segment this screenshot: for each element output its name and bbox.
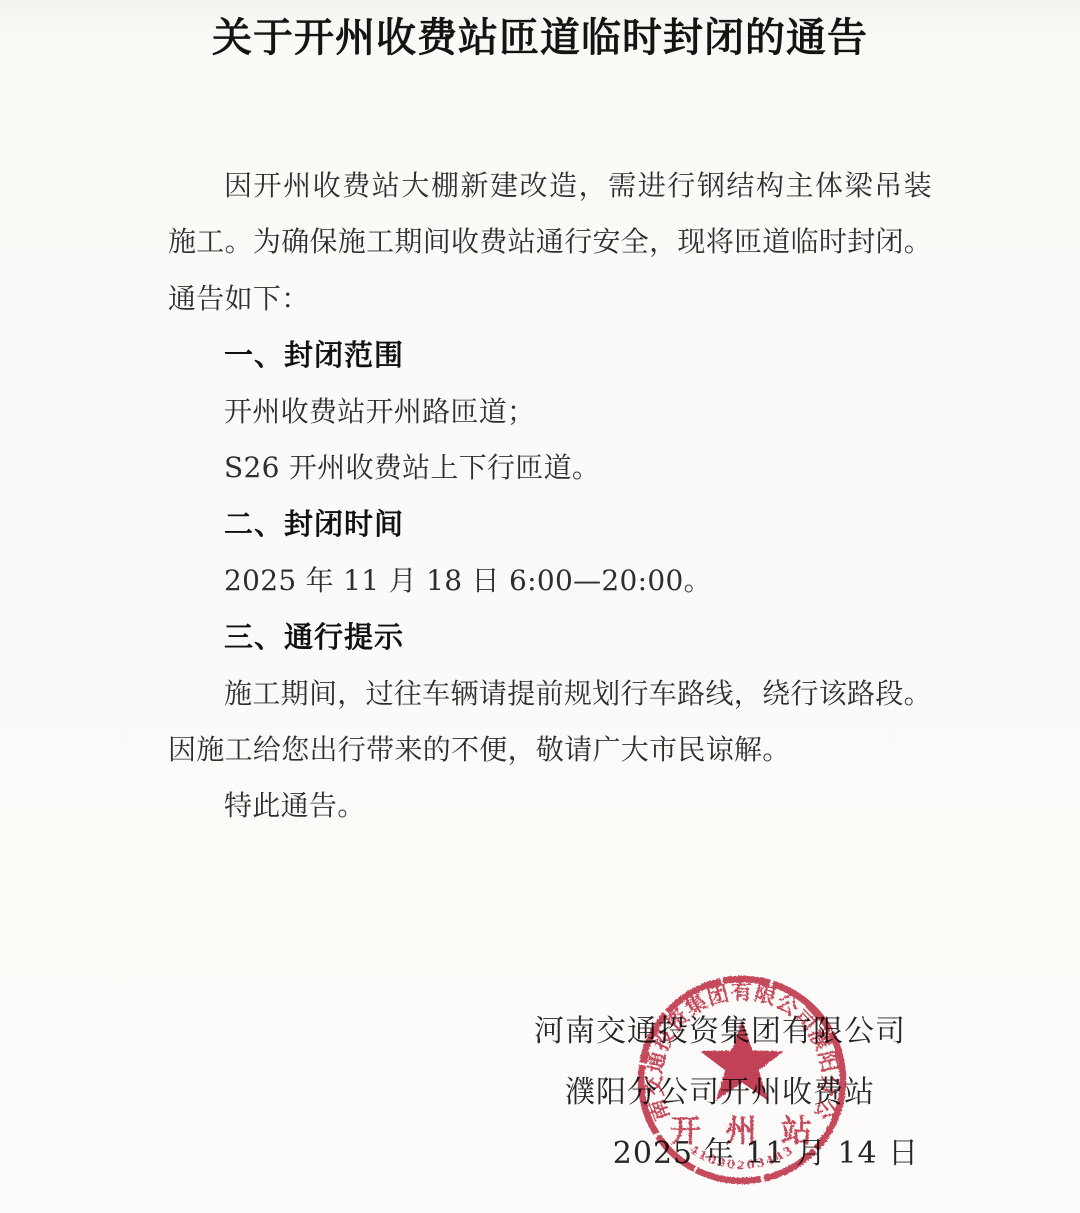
closure-time-item: 2025 年 11 月 18 日 6:00—20:00。	[168, 553, 932, 609]
closure-scope-item-1: 开州收费站开州路匝道；	[168, 384, 932, 440]
closure-scope-item-2: S26 开州收费站上下行匝道。	[168, 440, 932, 496]
traffic-tips-line-2: 因施工给您出行带来的不便，敬请广大市民谅解。	[168, 722, 932, 778]
section-heading-closure-time: 二、封闭时间	[168, 496, 932, 552]
traffic-tips-line-1: 施工期间，过往车辆请提前规划行车路线，绕行该路段。	[168, 666, 932, 722]
intro-line-2: 施工。为确保施工期间收费站通行安全，现将匝道临时封闭。	[168, 214, 932, 270]
star-icon	[700, 1020, 784, 1100]
closing-line: 特此通告。	[168, 778, 932, 834]
notice-document: 关于开州收费站匝道临时封闭的通告 因开州收费站大棚新建改造，需进行钢结构主体梁吊…	[0, 0, 1080, 1213]
official-seal-svg: 河南交通投资集团有限公司濮阳分公司 开州站 41090203443	[634, 972, 850, 1188]
section-heading-closure-scope: 一、封闭范围	[168, 327, 932, 383]
official-seal: 河南交通投资集团有限公司濮阳分公司 开州站 41090203443	[634, 972, 850, 1188]
intro-line-3: 通告如下：	[168, 271, 932, 327]
intro-line-1: 因开州收费站大棚新建改造，需进行钢结构主体梁吊装	[168, 158, 932, 214]
document-title: 关于开州收费站匝道临时封闭的通告	[0, 6, 1080, 63]
section-heading-traffic-tips: 三、通行提示	[168, 609, 932, 665]
document-body: 因开州收费站大棚新建改造，需进行钢结构主体梁吊装 施工。为确保施工期间收费站通行…	[168, 158, 932, 835]
